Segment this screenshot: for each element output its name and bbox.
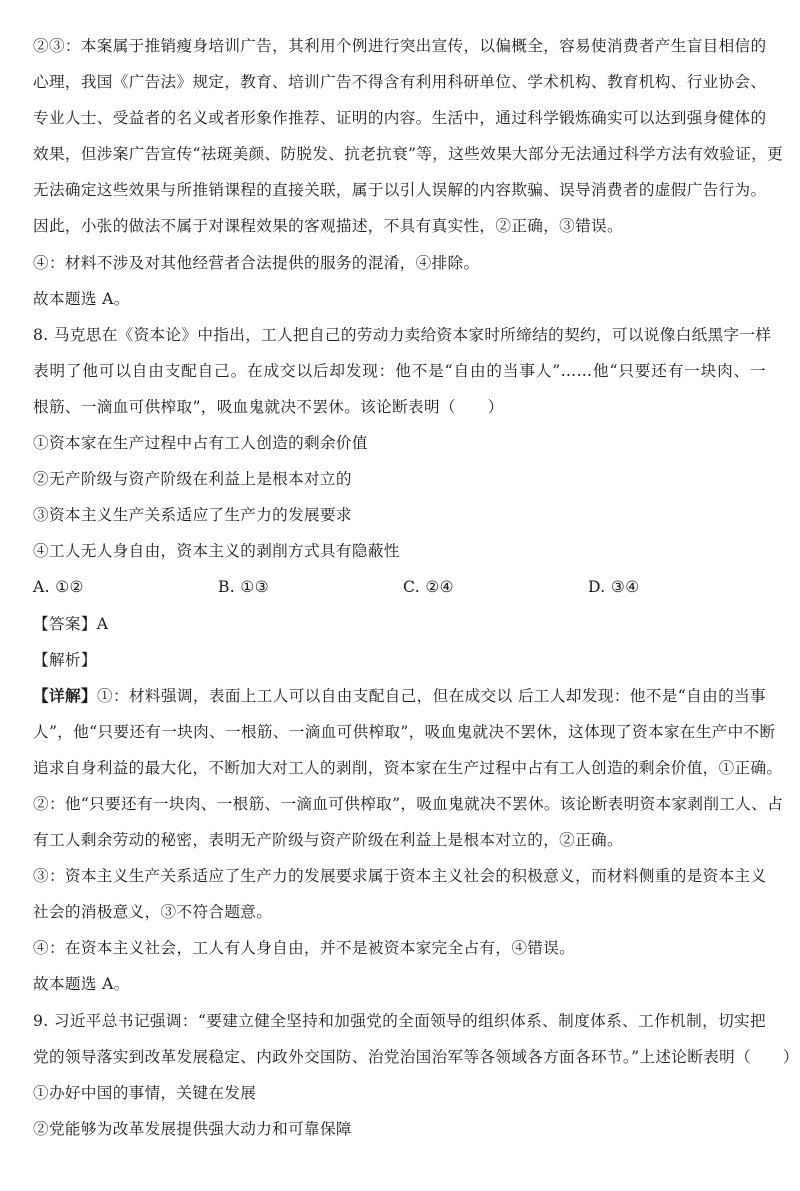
option-d: D. ③④ bbox=[588, 569, 773, 605]
detail-line: ③：资本主义生产关系适应了生产力的发展要求属于资本主义社会的积极意义，而材料侧重… bbox=[33, 858, 766, 894]
detail-line: ④：在资本主义社会，工人有人身自由，并不是被资本家完全占有，④错误。 bbox=[33, 930, 773, 966]
answer-line: 【答案】A bbox=[33, 606, 773, 642]
explanation-line: 无法确定这些效果与所推销课程的直接关联，属于以引人误解的内容欺骗、误导消费者的虚… bbox=[33, 172, 766, 208]
conclusion-line: 故本题选 A。 bbox=[33, 281, 773, 317]
detail-line: 社会的消极意义，③不符合题意。 bbox=[33, 894, 773, 930]
explanation-line: 因此，小张的做法不属于对课程效果的客观描述，不具有真实性，②正确，③错误。 bbox=[33, 208, 773, 244]
question-stem-line: 8. 马克思在《资本论》中指出，工人把自己的劳动力卖给资本家时所缔结的契约，可以… bbox=[33, 317, 766, 353]
statement-1: ①办好中国的事情，关键在发展 bbox=[33, 1075, 773, 1111]
statement-1: ①资本家在生产过程中占有工人创造的剩余价值 bbox=[33, 425, 773, 461]
detail-line: 人”，他“只要还有一块肉、一根筋、一滴血可供榨取”，吸血鬼就决不罢休，这体现了资… bbox=[33, 714, 766, 750]
detail-line: ②：他“只要还有一块肉、一根筋、一滴血可供榨取”，吸血鬼就决不罢休。该论断表明资… bbox=[33, 786, 766, 822]
answer-options: A. ①② B. ①③ C. ②④ D. ③④ bbox=[33, 569, 773, 605]
detail-line: 【详解】①：材料强调，表面上工人可以自由支配自己，但在成交以 后工人却发现：他不… bbox=[33, 678, 766, 714]
question-stem-line: 9. 习近平总书记强调：“要建立健全坚持和加强党的全面领导的组织体系、制度体系、… bbox=[33, 1003, 766, 1039]
question-stem-line: 党的领导落实到改革发展稳定、内政外交国防、治党治国治军等各领域各方面各环节。”上… bbox=[33, 1039, 766, 1075]
question-stem-line: 根筋、一滴血可供榨取”，吸血鬼就决不罢休。该论断表明（ ） bbox=[33, 389, 773, 425]
explanation-line: ④：材料不涉及对其他经营者合法提供的服务的混淆，④排除。 bbox=[33, 245, 773, 281]
statement-3: ③资本主义生产关系适应了生产力的发展要求 bbox=[33, 497, 773, 533]
option-b: B. ①③ bbox=[218, 569, 403, 605]
prev-question-explanation: ②③：本案属于推销瘦身培训广告，其利用个例进行突出宣传，以偏概全，容易使消费者产… bbox=[33, 28, 773, 317]
option-c: C. ②④ bbox=[403, 569, 588, 605]
statement-4: ④工人无人身自由，资本主义的剥削方式具有隐蔽性 bbox=[33, 533, 773, 569]
conclusion-line: 故本题选 A。 bbox=[33, 966, 773, 1002]
explanation-line: 专业人士、受益者的名义或者形象作推荐、证明的内容。生活中，通过科学锻炼确实可以达… bbox=[33, 100, 766, 136]
explanation-line: 心理，我国《广告法》规定，教育、培训广告不得含有利用科研单位、学术机构、教育机构… bbox=[33, 64, 766, 100]
analysis-heading: 【解析】 bbox=[33, 642, 773, 678]
explanation-line: 效果，但涉案广告宣传“祛斑美颜、防脱发、抗老抗衰”等，这些效果大部分无法通过科学… bbox=[33, 136, 766, 172]
explanation-line: ②③：本案属于推销瘦身培训广告，其利用个例进行突出宣传，以偏概全，容易使消费者产… bbox=[33, 28, 766, 64]
option-a: A. ①② bbox=[33, 569, 218, 605]
statement-2: ②无产阶级与资产阶级在利益上是根本对立的 bbox=[33, 461, 773, 497]
statement-2: ②党能够为改革发展提供强大动力和可靠保障 bbox=[33, 1111, 773, 1147]
question-9: 9. 习近平总书记强调：“要建立健全坚持和加强党的全面领导的组织体系、制度体系、… bbox=[33, 1003, 773, 1147]
detail-line: 追求自身利益的最大化，不断加大对工人的剥削，资本家在生产过程中占有工人创造的剩余… bbox=[33, 750, 766, 786]
question-stem-line: 表明了他可以自由支配自己。在成交以后却发现：他不是“自由的当事人”……他“只要还… bbox=[33, 353, 766, 389]
document-page: ②③：本案属于推销瘦身培训广告，其利用个例进行突出宣传，以偏概全，容易使消费者产… bbox=[33, 28, 773, 1147]
question-8: 8. 马克思在《资本论》中指出，工人把自己的劳动力卖给资本家时所缔结的契约，可以… bbox=[33, 317, 773, 1003]
detail-line: 有工人剩余劳动的秘密，表明无产阶级与资产阶级在利益上是根本对立的，②正确。 bbox=[33, 822, 773, 858]
detail-text: ①：材料强调，表面上工人可以自由支配自己，但在成交以 后工人却发现：他不是“自由… bbox=[97, 687, 766, 705]
detail-label: 【详解】 bbox=[33, 686, 97, 705]
